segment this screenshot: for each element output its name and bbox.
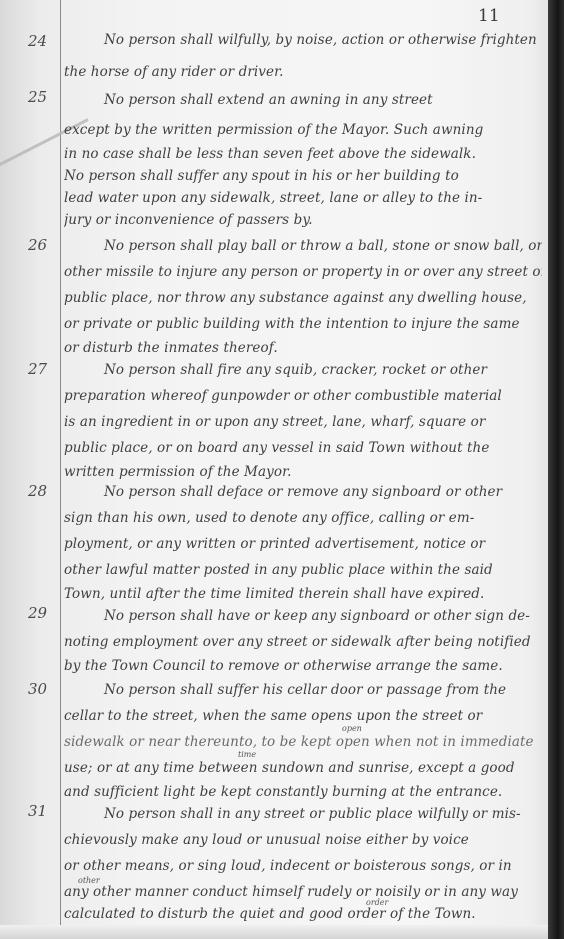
interlinear-insertion: time [238,750,256,759]
section-number: 24 [28,32,47,50]
text-line: No person shall wilfully, by noise, acti… [64,32,542,48]
page-number: 11 [478,6,500,26]
text-line: sidewalk or near thereunto, to be kept o… [64,734,542,750]
text-line: public place, or on board any vessel in … [64,440,542,456]
section-number: 25 [28,88,47,106]
text-line: written permission of the Mayor. [64,464,542,480]
text-line: other missile to injure any person or pr… [64,264,542,280]
ledger-page: 11 24 No person shall wilfully, by noise… [0,0,548,939]
text-line: sign than his own, used to denote any of… [64,510,542,526]
text-line: chievously make any loud or unusual nois… [64,832,542,848]
section-number: 27 [28,360,47,378]
section-number: 28 [28,482,47,500]
text-line: or private or public building with the i… [64,316,542,332]
text-line: or disturb the inmates thereof. [64,340,542,356]
text-line: in no case shall be less than seven feet… [64,146,542,162]
text-line: noting employment over any street or sid… [64,634,542,650]
text-line: or other means, or sing loud, indecent o… [64,858,542,874]
text-line: calculated to disturb the quiet and good… [64,906,542,922]
text-line: public place, nor throw any substance ag… [64,290,542,306]
text-line: the horse of any rider or driver. [64,64,542,80]
section-number: 30 [28,680,47,698]
margin-rule [60,0,61,939]
text-line: jury or inconvenience of passers by. [64,212,542,228]
section-number: 31 [28,802,47,820]
text-line: No person shall deface or remove any sig… [64,484,542,500]
text-line: lead water upon any sidewalk, street, la… [64,190,542,206]
text-line: Town, until after the time limited there… [64,586,542,602]
text-line: No person shall in any street or public … [64,806,542,822]
text-line: No person shall have or keep any signboa… [64,608,542,624]
section-number: 29 [28,604,47,622]
text-line: and sufficient light be kept constantly … [64,784,542,800]
text-line: by the Town Council to remove or otherwi… [64,658,542,674]
interlinear-insertion: open [342,724,362,733]
text-line: other lawful matter posted in any public… [64,562,542,578]
text-line: ployment, or any written or printed adve… [64,536,542,552]
text-line: cellar to the street, when the same open… [64,708,542,724]
text-line: No person shall fire any squib, cracker,… [64,362,542,378]
text-line: No person shall suffer any spout in his … [64,168,542,184]
text-line: No person shall play ball or throw a bal… [64,238,542,254]
text-line: is an ingredient in or upon any street, … [64,414,542,430]
text-line: any other manner conduct himself rudely … [64,884,542,900]
text-line: except by the written permission of the … [64,122,542,138]
text-line: No person shall extend an awning in any … [64,92,542,108]
book-binding-shadow [548,0,564,939]
text-line: preparation whereof gunpowder or other c… [64,388,542,404]
text-line: use; or at any time between sundown and … [64,760,542,776]
section-number: 26 [28,236,47,254]
text-line: No person shall suffer his cellar door o… [64,682,542,698]
page-bottom-edge [0,925,548,939]
